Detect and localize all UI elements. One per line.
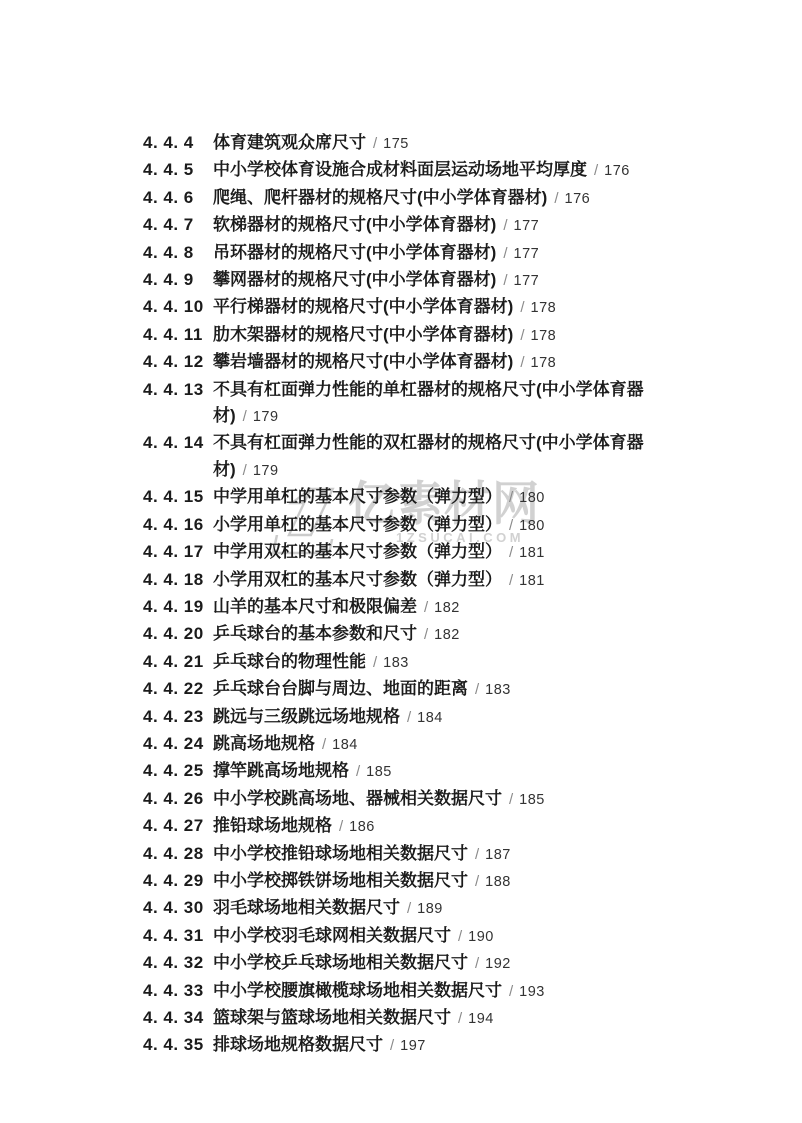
- page-number: 177: [514, 218, 540, 234]
- page-number: 179: [253, 463, 279, 479]
- toc-entry-number: 4. 4. 23: [143, 704, 213, 730]
- toc-entry-text: 攀岩墙器材的规格尺寸(中小学体育器材)/178: [213, 349, 651, 376]
- toc-separator: /: [373, 654, 377, 671]
- page-number: 184: [332, 737, 358, 753]
- toc-entry-text: 跳高场地规格/184: [213, 731, 651, 758]
- page-number: 183: [485, 682, 511, 698]
- toc-entry-number: 4. 4. 16: [143, 512, 213, 538]
- toc-entry-number: 4. 4. 10: [143, 294, 213, 320]
- toc-separator: /: [458, 928, 462, 945]
- page-number: 178: [531, 300, 557, 316]
- toc-entry: 4. 4. 18 小学用双杠的基本尺寸参数（弹力型）/181: [143, 567, 651, 594]
- toc-entry-text: 中小学校乒乓球场地相关数据尺寸/192: [213, 950, 651, 977]
- toc-entry-text: 攀网器材的规格尺寸(中小学体育器材)/177: [213, 267, 651, 294]
- toc-entry-number: 4. 4. 22: [143, 676, 213, 702]
- toc-entry-text: 小学用双杠的基本尺寸参数（弹力型）/181: [213, 567, 651, 594]
- page-number: 193: [519, 984, 545, 1000]
- toc-entry-number: 4. 4. 20: [143, 621, 213, 647]
- toc-separator: /: [503, 245, 507, 262]
- toc-entry: 4. 4. 26 中小学校跳高场地、器械相关数据尺寸/185: [143, 786, 651, 813]
- page-number: 181: [519, 573, 545, 589]
- toc-entry-number: 4. 4. 15: [143, 484, 213, 510]
- toc-entry-text: 跳远与三级跳远场地规格/184: [213, 704, 651, 731]
- toc-entry-text: 不具有杠面弹力性能的单杠器材的规格尺寸(中小学体育器材)/179: [213, 377, 651, 431]
- toc-entry-title: 小学用双杠的基本尺寸参数（弹力型）: [213, 570, 502, 589]
- toc-entry: 4. 4. 17 中学用双杠的基本尺寸参数（弹力型）/181: [143, 539, 651, 566]
- toc-entry-title: 跳远与三级跳远场地规格: [213, 707, 400, 726]
- toc-entry-number: 4. 4. 29: [143, 868, 213, 894]
- page-number: 182: [434, 600, 460, 616]
- toc-entry-title: 撑竿跳高场地规格: [213, 761, 349, 780]
- toc-entry-title: 中小学校体育设施合成材料面层运动场地平均厚度: [213, 160, 587, 179]
- toc-separator: /: [475, 681, 479, 698]
- toc-entry: 4. 4. 10 平行梯器材的规格尺寸(中小学体育器材)/178: [143, 294, 651, 321]
- toc-entry-number: 4. 4. 32: [143, 950, 213, 976]
- toc-separator: /: [520, 327, 524, 344]
- page-number: 182: [434, 627, 460, 643]
- toc-entry-number: 4. 4. 9: [143, 267, 213, 293]
- toc-entry-number: 4. 4. 12: [143, 349, 213, 375]
- toc-entry-title: 平行梯器材的规格尺寸(中小学体育器材): [213, 297, 513, 316]
- toc-entry-title: 跳高场地规格: [213, 734, 315, 753]
- toc-entry-text: 平行梯器材的规格尺寸(中小学体育器材)/178: [213, 294, 651, 321]
- toc-entry-text: 中小学校推铅球场地相关数据尺寸/187: [213, 841, 651, 868]
- toc-entry: 4. 4. 25 撑竿跳高场地规格/185: [143, 758, 651, 785]
- toc-entry-number: 4. 4. 7: [143, 212, 213, 238]
- page-number: 188: [485, 874, 511, 890]
- toc-entry-number: 4. 4. 27: [143, 813, 213, 839]
- page-number: 178: [531, 328, 557, 344]
- toc-entry: 4. 4. 21 乒乓球台的物理性能/183: [143, 649, 651, 676]
- toc-entry-text: 软梯器材的规格尺寸(中小学体育器材)/177: [213, 212, 651, 239]
- page-number: 177: [514, 273, 540, 289]
- toc-entry-number: 4. 4. 21: [143, 649, 213, 675]
- toc-entry-text: 肋木架器材的规格尺寸(中小学体育器材)/178: [213, 322, 651, 349]
- toc-separator: /: [509, 572, 513, 589]
- toc-separator: /: [458, 1010, 462, 1027]
- page-number: 180: [519, 518, 545, 534]
- toc-entry-text: 不具有杠面弹力性能的双杠器材的规格尺寸(中小学体育器材)/179: [213, 430, 651, 484]
- toc-entry-number: 4. 4. 8: [143, 240, 213, 266]
- toc-separator: /: [243, 462, 247, 479]
- toc-entry-number: 4. 4. 18: [143, 567, 213, 593]
- toc-entry-number: 4. 4. 5: [143, 157, 213, 183]
- toc-entry-text: 中学用单杠的基本尺寸参数（弹力型）/180: [213, 484, 651, 511]
- page-number: 192: [485, 956, 511, 972]
- toc-entry-text: 推铅球场地规格/186: [213, 813, 651, 840]
- toc-entry: 4. 4. 14 不具有杠面弹力性能的双杠器材的规格尺寸(中小学体育器材)/17…: [143, 430, 651, 484]
- toc-entry-number: 4. 4. 14: [143, 430, 213, 456]
- toc-separator: /: [509, 791, 513, 808]
- toc-separator: /: [373, 135, 377, 152]
- toc-entry-title: 攀网器材的规格尺寸(中小学体育器材): [213, 270, 496, 289]
- toc-entry: 4. 4. 30 羽毛球场地相关数据尺寸/189: [143, 895, 651, 922]
- page-number: 183: [383, 655, 409, 671]
- toc-separator: /: [407, 709, 411, 726]
- toc-entry-number: 4. 4. 30: [143, 895, 213, 921]
- toc-entry-title: 中小学校羽毛球网相关数据尺寸: [213, 926, 451, 945]
- toc-entry-number: 4. 4. 13: [143, 377, 213, 403]
- page-number: 176: [604, 163, 630, 179]
- toc-entry-number: 4. 4. 35: [143, 1032, 213, 1058]
- toc-separator: /: [503, 217, 507, 234]
- toc-separator: /: [475, 873, 479, 890]
- toc-separator: /: [475, 955, 479, 972]
- toc-entry-text: 吊环器材的规格尺寸(中小学体育器材)/177: [213, 240, 651, 267]
- toc-separator: /: [594, 162, 598, 179]
- toc-entry: 4. 4. 22 乒乓球台台脚与周边、地面的距离/183: [143, 676, 651, 703]
- toc-entry: 4. 4. 4 体育建筑观众席尺寸/175: [143, 130, 651, 157]
- toc-entry-text: 中小学校腰旗橄榄球场地相关数据尺寸/193: [213, 978, 651, 1005]
- page-number: 197: [400, 1038, 426, 1054]
- toc-entry: 4. 4. 29 中小学校掷铁饼场地相关数据尺寸/188: [143, 868, 651, 895]
- toc-entry-title: 乒乓球台台脚与周边、地面的距离: [213, 679, 468, 698]
- toc-entry-text: 中小学校羽毛球网相关数据尺寸/190: [213, 923, 651, 950]
- toc-entry-title: 乒乓球台的物理性能: [213, 652, 366, 671]
- toc-separator: /: [520, 299, 524, 316]
- toc-entry-number: 4. 4. 33: [143, 978, 213, 1004]
- toc-entry-number: 4. 4. 34: [143, 1005, 213, 1031]
- page-number: 178: [531, 355, 557, 371]
- toc-entry-title: 小学用单杠的基本尺寸参数（弹力型）: [213, 515, 502, 534]
- toc-entry-title: 体育建筑观众席尺寸: [213, 133, 366, 152]
- page-number: 181: [519, 545, 545, 561]
- toc-entry-text: 乒乓球台台脚与周边、地面的距离/183: [213, 676, 651, 703]
- toc-entry-text: 乒乓球台的基本参数和尺寸/182: [213, 621, 651, 648]
- toc-separator: /: [424, 626, 428, 643]
- toc-entry-title: 中小学校乒乓球场地相关数据尺寸: [213, 953, 468, 972]
- toc-entry-title: 羽毛球场地相关数据尺寸: [213, 898, 400, 917]
- toc-entry: 4. 4. 33 中小学校腰旗橄榄球场地相关数据尺寸/193: [143, 978, 651, 1005]
- toc-entry: 4. 4. 27 推铅球场地规格/186: [143, 813, 651, 840]
- toc-separator: /: [339, 818, 343, 835]
- toc-entry-title: 中小学校跳高场地、器械相关数据尺寸: [213, 789, 502, 808]
- page-number: 190: [468, 929, 494, 945]
- toc-separator: /: [407, 900, 411, 917]
- toc-entry-text: 山羊的基本尺寸和极限偏差/182: [213, 594, 651, 621]
- toc-entry-title: 中小学校推铅球场地相关数据尺寸: [213, 844, 468, 863]
- toc-entry-title: 中小学校腰旗橄榄球场地相关数据尺寸: [213, 981, 502, 1000]
- toc-entry-title: 爬绳、爬杆器材的规格尺寸(中小学体育器材): [213, 188, 547, 207]
- toc-entry: 4. 4. 5 中小学校体育设施合成材料面层运动场地平均厚度/176: [143, 157, 651, 184]
- toc-entry: 4. 4. 9 攀网器材的规格尺寸(中小学体育器材)/177: [143, 267, 651, 294]
- toc-entry: 4. 4. 11 肋木架器材的规格尺寸(中小学体育器材)/178: [143, 322, 651, 349]
- page-number: 175: [383, 136, 409, 152]
- toc-entry-number: 4. 4. 4: [143, 130, 213, 156]
- toc-separator: /: [475, 846, 479, 863]
- toc-separator: /: [322, 736, 326, 753]
- toc-separator: /: [503, 272, 507, 289]
- toc-entry: 4. 4. 8 吊环器材的规格尺寸(中小学体育器材)/177: [143, 240, 651, 267]
- toc-entry-title: 排球场地规格数据尺寸: [213, 1035, 383, 1054]
- toc-entry-text: 撑竿跳高场地规格/185: [213, 758, 651, 785]
- toc-entry-text: 羽毛球场地相关数据尺寸/189: [213, 895, 651, 922]
- page-number: 186: [349, 819, 375, 835]
- toc-entry-number: 4. 4. 25: [143, 758, 213, 784]
- page-number: 176: [565, 191, 591, 207]
- toc-separator: /: [424, 599, 428, 616]
- toc-entry-number: 4. 4. 17: [143, 539, 213, 565]
- page-number: 180: [519, 490, 545, 506]
- toc-entry: 4. 4. 13 不具有杠面弹力性能的单杠器材的规格尺寸(中小学体育器材)/17…: [143, 377, 651, 431]
- toc-entry-text: 小学用单杠的基本尺寸参数（弹力型）/180: [213, 512, 651, 539]
- toc-entry-text: 中小学校掷铁饼场地相关数据尺寸/188: [213, 868, 651, 895]
- toc-entry: 4. 4. 28 中小学校推铅球场地相关数据尺寸/187: [143, 841, 651, 868]
- toc-entry-text: 篮球架与篮球场地相关数据尺寸/194: [213, 1005, 651, 1032]
- toc-entry-number: 4. 4. 26: [143, 786, 213, 812]
- toc-entry-number: 4. 4. 28: [143, 841, 213, 867]
- toc-separator: /: [390, 1037, 394, 1054]
- toc-entry-number: 4. 4. 11: [143, 322, 213, 348]
- toc-separator: /: [520, 354, 524, 371]
- toc-entry-title: 篮球架与篮球场地相关数据尺寸: [213, 1008, 451, 1027]
- toc-separator: /: [243, 408, 247, 425]
- toc-entry-title: 中学用双杠的基本尺寸参数（弹力型）: [213, 542, 502, 561]
- toc-separator: /: [509, 983, 513, 1000]
- page-number: 187: [485, 847, 511, 863]
- toc-entry-title: 软梯器材的规格尺寸(中小学体育器材): [213, 215, 496, 234]
- toc-separator: /: [509, 517, 513, 534]
- toc-entry: 4. 4. 35 排球场地规格数据尺寸/197: [143, 1032, 651, 1059]
- toc-entry: 4. 4. 12 攀岩墙器材的规格尺寸(中小学体育器材)/178: [143, 349, 651, 376]
- toc-entry-text: 中学用双杠的基本尺寸参数（弹力型）/181: [213, 539, 651, 566]
- page-number: 185: [366, 764, 392, 780]
- toc-entry: 4. 4. 19 山羊的基本尺寸和极限偏差/182: [143, 594, 651, 621]
- toc-entry-title: 攀岩墙器材的规格尺寸(中小学体育器材): [213, 352, 513, 371]
- toc-entry-text: 中小学校跳高场地、器械相关数据尺寸/185: [213, 786, 651, 813]
- toc-entry: 4. 4. 23 跳远与三级跳远场地规格/184: [143, 704, 651, 731]
- page-number: 185: [519, 792, 545, 808]
- toc-entry: 4. 4. 24 跳高场地规格/184: [143, 731, 651, 758]
- toc-entry-title: 中学用单杠的基本尺寸参数（弹力型）: [213, 487, 502, 506]
- page-number: 194: [468, 1011, 494, 1027]
- page-number: 179: [253, 409, 279, 425]
- toc-entry-text: 中小学校体育设施合成材料面层运动场地平均厚度/176: [213, 157, 651, 184]
- toc-entry: 4. 4. 32 中小学校乒乓球场地相关数据尺寸/192: [143, 950, 651, 977]
- toc-separator: /: [509, 544, 513, 561]
- toc-entry-title: 吊环器材的规格尺寸(中小学体育器材): [213, 243, 496, 262]
- toc-entry-text: 体育建筑观众席尺寸/175: [213, 130, 651, 157]
- toc-entry-title: 中小学校掷铁饼场地相关数据尺寸: [213, 871, 468, 890]
- toc-separator: /: [509, 489, 513, 506]
- toc-entry-title: 推铅球场地规格: [213, 816, 332, 835]
- toc-entry-text: 爬绳、爬杆器材的规格尺寸(中小学体育器材)/176: [213, 185, 651, 212]
- toc-entry-text: 排球场地规格数据尺寸/197: [213, 1032, 651, 1059]
- toc-separator: /: [356, 763, 360, 780]
- toc-entry: 4. 4. 16 小学用单杠的基本尺寸参数（弹力型）/180: [143, 512, 651, 539]
- toc-entry-number: 4. 4. 31: [143, 923, 213, 949]
- page-number: 177: [514, 246, 540, 262]
- toc-entry-text: 乒乓球台的物理性能/183: [213, 649, 651, 676]
- toc-entry-title: 乒乓球台的基本参数和尺寸: [213, 624, 417, 643]
- toc-entry: 4. 4. 6 爬绳、爬杆器材的规格尺寸(中小学体育器材)/176: [143, 185, 651, 212]
- toc-entry: 4. 4. 7 软梯器材的规格尺寸(中小学体育器材)/177: [143, 212, 651, 239]
- page-number: 184: [417, 710, 443, 726]
- toc-entry-title: 肋木架器材的规格尺寸(中小学体育器材): [213, 325, 513, 344]
- toc-entry: 4. 4. 20 乒乓球台的基本参数和尺寸/182: [143, 621, 651, 648]
- page-number: 189: [417, 901, 443, 917]
- toc-entry-title: 山羊的基本尺寸和极限偏差: [213, 597, 417, 616]
- toc-entry-number: 4. 4. 24: [143, 731, 213, 757]
- toc-entry-number: 4. 4. 19: [143, 594, 213, 620]
- table-of-contents: 4. 4. 4 体育建筑观众席尺寸/175 4. 4. 5 中小学校体育设施合成…: [143, 130, 651, 1060]
- toc-entry: 4. 4. 15 中学用单杠的基本尺寸参数（弹力型）/180: [143, 484, 651, 511]
- toc-entry-number: 4. 4. 6: [143, 185, 213, 211]
- toc-separator: /: [554, 190, 558, 207]
- toc-entry: 4. 4. 31 中小学校羽毛球网相关数据尺寸/190: [143, 923, 651, 950]
- toc-entry: 4. 4. 34 篮球架与篮球场地相关数据尺寸/194: [143, 1005, 651, 1032]
